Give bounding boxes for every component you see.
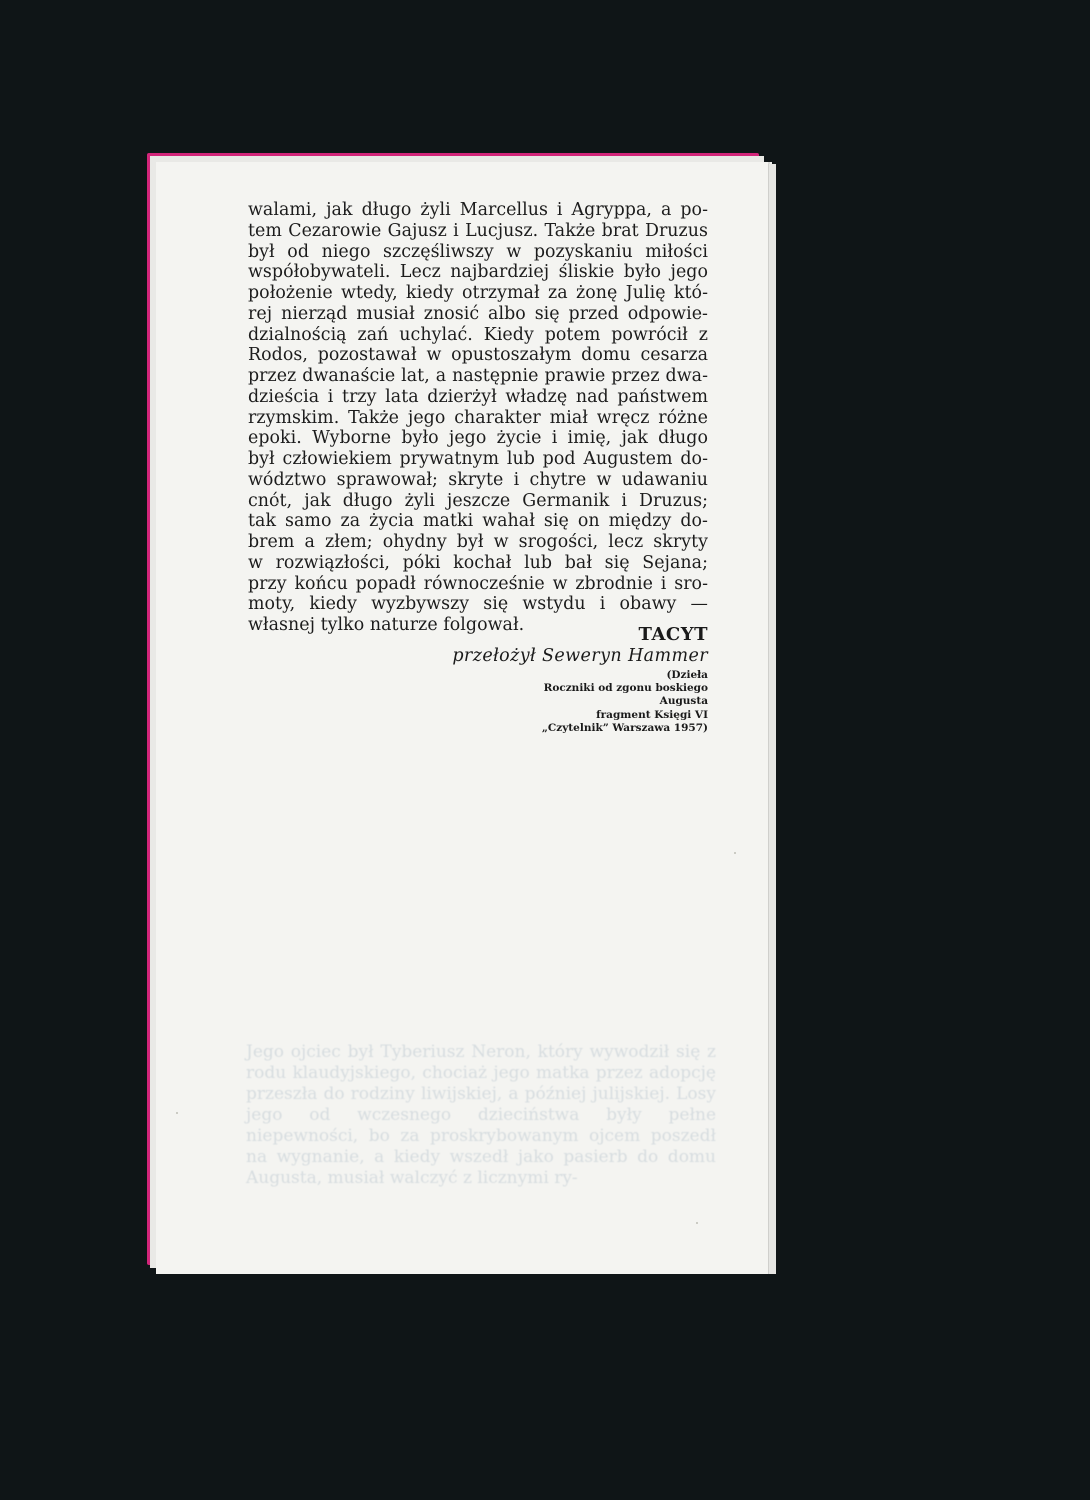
text-line: przy końcu popadł równocześnie w zbrodni… (248, 574, 708, 595)
attribution-block: TACYT przełożył Seweryn Hammer (DziełaRo… (248, 624, 708, 735)
paper-speck (276, 502, 278, 504)
paper-speck (176, 1112, 178, 1114)
text-line: tak samo za życia matki wahał się on mię… (248, 511, 708, 532)
text-line: epoki. Wyborne było jego życie i imię, j… (248, 428, 708, 449)
text-line: Rodos, pozostawał w opustoszałym domu ce… (248, 345, 708, 366)
text-line: tem Cezarowie Gajusz i Lucjusz. Także br… (248, 221, 708, 242)
author-name: TACYT (248, 624, 708, 646)
text-line: w rozwiązłości, póki kochał lub bał się … (248, 553, 708, 574)
source-line: „Czytelnik” Warszawa 1957) (248, 722, 708, 735)
bleed-through-text: Jego ojciec był Tyberiusz Neron, który w… (246, 1042, 716, 1189)
text-line: wództwo sprawował; skryte i chytre w uda… (248, 470, 708, 491)
text-line: moty, kiedy wyzbywszy się wstydu i obawy… (248, 594, 708, 615)
paper-speck (734, 852, 736, 854)
text-line: współobywateli. Lecz najbardziej śliskie… (248, 262, 708, 283)
paper-page: Jego ojciec był Tyberiusz Neron, który w… (156, 162, 768, 1274)
paper-speck (696, 1222, 698, 1224)
text-line: cnót, jak długo żyli jeszcze Germanik i … (248, 491, 708, 512)
body-paragraph: walami, jak długo żyli Marcellus i Agryp… (248, 200, 708, 636)
text-line: brem a złem; ohydny był w srogości, lecz… (248, 532, 708, 553)
translator-credit: przełożył Seweryn Hammer (248, 646, 708, 666)
text-line: przez dwanaście lat, a następnie prawie … (248, 366, 708, 387)
text-line: walami, jak długo żyli Marcellus i Agryp… (248, 200, 708, 221)
text-line: był od niego szczęśliwszy w pozyskaniu m… (248, 242, 708, 263)
text-line: rzymskim. Także jego charakter miał wręc… (248, 408, 708, 429)
source-line: (Dzieła (248, 669, 708, 682)
text-line: dzialnością zań uchylać. Kiedy potem pow… (248, 325, 708, 346)
text-line: dzieścia i trzy lata dzierżył władzę nad… (248, 387, 708, 408)
source-citation: (DziełaRoczniki od zgonu boskiegoAugusta… (248, 669, 708, 735)
source-line: Augusta (248, 695, 708, 708)
source-line: fragment Księgi VI (248, 709, 708, 722)
text-line: położenie wtedy, kiedy otrzymał za żonę … (248, 283, 708, 304)
text-line: rej nierząd musiał znosić albo się przed… (248, 304, 708, 325)
paper-edge (768, 164, 776, 1274)
text-line: był człowiekiem prywatnym lub pod August… (248, 449, 708, 470)
source-line: Roczniki od zgonu boskiego (248, 682, 708, 695)
